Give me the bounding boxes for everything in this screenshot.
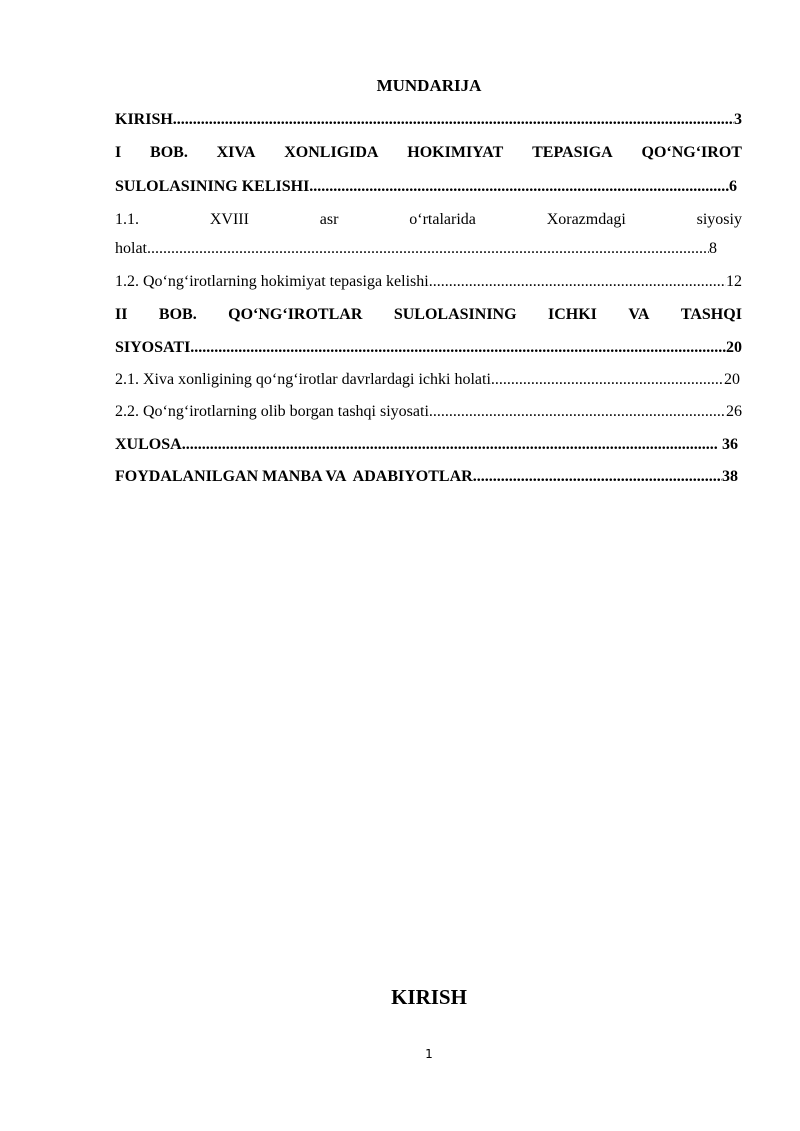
dot-leader bbox=[190, 338, 726, 358]
toc-entry-chapter-1-line1[interactable]: I BOB. XIVA XONLIGIDA HOKIMIYAT TEPASIGA… bbox=[115, 143, 742, 163]
toc-entry-chapter-1-line2[interactable]: SULOLASINING KELISHI 6 bbox=[115, 177, 737, 197]
dot-leader bbox=[429, 272, 726, 292]
dot-leader bbox=[173, 110, 734, 130]
dot-leader bbox=[491, 370, 724, 390]
toc-entry-xulosa[interactable]: XULOSA 36 bbox=[115, 435, 738, 455]
page-number: 1 bbox=[0, 1047, 800, 1061]
toc-entry-kirish[interactable]: KIRISH3 bbox=[115, 110, 742, 130]
dot-leader bbox=[473, 467, 722, 487]
toc-heading: MUNDARIJA bbox=[0, 76, 800, 96]
toc-entry-bibliography[interactable]: FOYDALANILGAN MANBA VA ADABIYOTLAR38 bbox=[115, 467, 738, 487]
section-heading-kirish: KIRISH bbox=[0, 985, 800, 1010]
toc-entry-chapter-2-line1[interactable]: II BOB. QO‘NG‘IROTLAR SULOLASINING ICHKI… bbox=[115, 305, 742, 325]
toc-entry-1-1-line1[interactable]: 1.1. XVIII asr o‘rtalarida Xorazmdagi si… bbox=[115, 210, 742, 230]
dot-leader bbox=[147, 239, 709, 259]
toc-entry-1-2[interactable]: 1.2. Qo‘ng‘irotlarning hokimiyat tepasig… bbox=[115, 272, 742, 292]
toc-entry-2-2[interactable]: 2.2. Qo‘ng‘irotlarning olib borgan tashq… bbox=[115, 402, 742, 422]
toc-entry-2-1[interactable]: 2.1. Xiva xonligining qo‘ng‘irotlar davr… bbox=[115, 370, 740, 390]
document-page: MUNDARIJA KIRISH3 I BOB. XIVA XONLIGIDA … bbox=[0, 0, 800, 1131]
toc-entry-chapter-2-line2[interactable]: SIYOSATI20 bbox=[115, 338, 742, 358]
dot-leader bbox=[309, 177, 729, 197]
dot-leader bbox=[429, 402, 726, 422]
dot-leader bbox=[182, 435, 718, 455]
toc-entry-1-1-line2[interactable]: holat8 bbox=[115, 239, 717, 259]
